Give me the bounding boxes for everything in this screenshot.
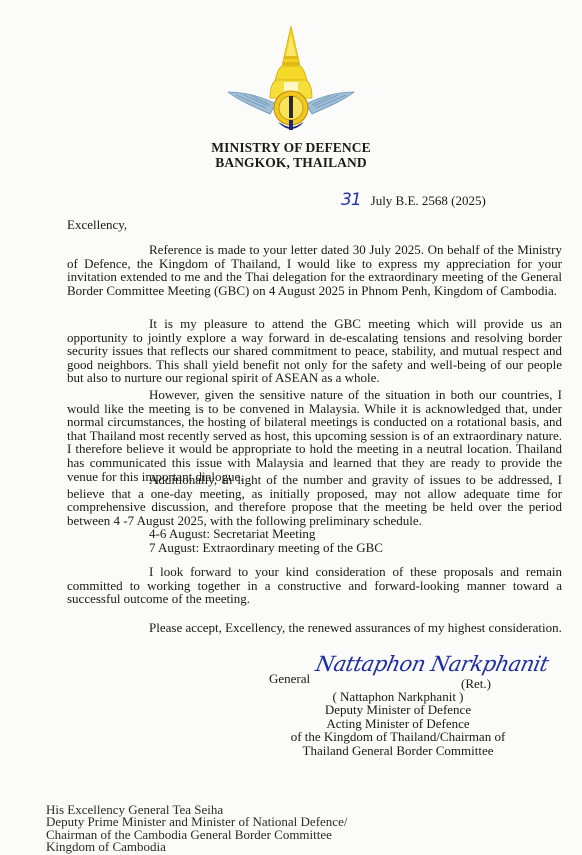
signature-rank: General [269,672,310,685]
signatory-title: Deputy Minister of Defence [248,703,548,716]
letterhead: MINISTRY OF DEFENCE BANGKOK, THAILAND [0,140,582,170]
date-text: July B.E. 2568 (2025) [371,193,486,208]
signatory-title: Acting Minister of Defence [248,717,548,730]
paragraph-attendance: It is my pleasure to attend the GBC meet… [67,317,562,385]
paragraph-reference: Reference is made to your letter dated 3… [67,243,562,297]
schedule-list: 4-6 August: Secretariat Meeting 7 August… [149,527,383,554]
signatory-title: Thailand General Border Committee [248,744,548,757]
ministry-emblem-icon [226,26,356,134]
letterhead-location: BANGKOK, THAILAND [0,155,582,170]
letter-page: MINISTRY OF DEFENCE BANGKOK, THAILAND 31… [0,0,582,855]
salutation: Excellency, [67,217,127,233]
schedule-item: 4-6 August: Secretariat Meeting [149,527,383,541]
addressee-block: His Excellency General Tea Seiha Deputy … [46,804,347,854]
letter-date: 31July B.E. 2568 (2025) [341,190,486,210]
signature-block: General Nattaphon Narkphanit (Ret.) ( Na… [248,660,548,757]
signatory-title: of the Kingdom of Thailand/Chairman of [248,730,548,743]
signature-suffix: (Ret.) [461,677,491,690]
paragraph-venue: However, given the sensitive nature of t… [67,388,562,483]
closing-line: Please accept, Excellency, the renewed a… [149,620,562,636]
signatory-name: ( Nattaphon Narkphanit ) [248,690,548,703]
letterhead-ministry: MINISTRY OF DEFENCE [0,140,582,155]
addressee-line: Kingdom of Cambodia [46,841,347,853]
schedule-item: 7 August: Extraordinary meeting of the G… [149,541,383,555]
paragraph-duration: Additionally, in light of the number and… [67,473,562,527]
handwritten-signature: Nattaphon Narkphanit [315,658,550,671]
signature-row: General Nattaphon Narkphanit (Ret.) [248,660,548,690]
handwritten-day: 31 [341,190,361,210]
paragraph-consideration: I look forward to your kind consideratio… [67,565,562,606]
